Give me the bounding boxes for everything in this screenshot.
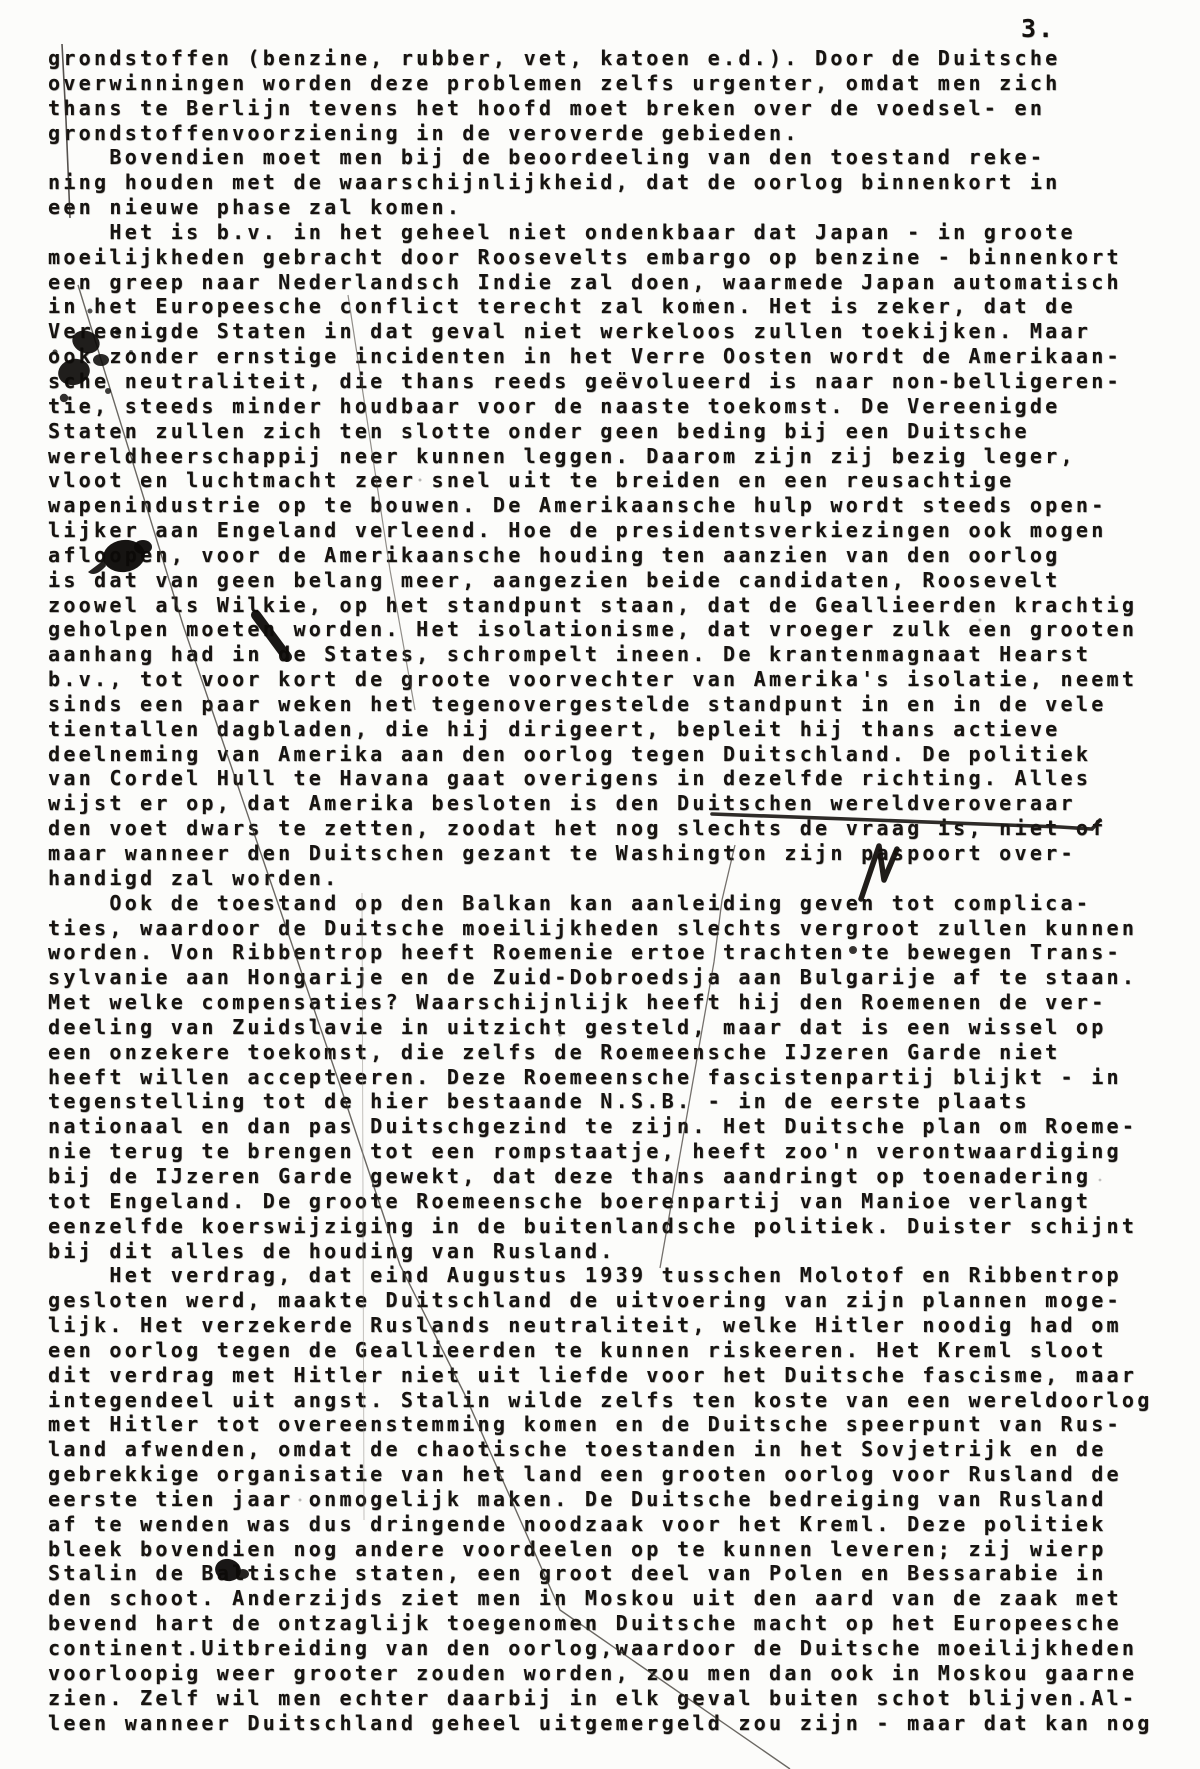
text-line: grondstoffenvoorziening in de veroverde …: [48, 121, 1178, 146]
text-line: Staten zullen zich ten slotte onder geen…: [48, 419, 1178, 444]
text-line: sche neutraliteit, die thans reeds geëvo…: [48, 369, 1178, 394]
text-line: Het verdrag, dat eind Augustus 1939 tuss…: [48, 1263, 1178, 1288]
text-line: deeling van Zuidslavie in uitzicht geste…: [48, 1015, 1178, 1040]
text-line: ties, waardoor de Duitsche moeilijkheden…: [48, 916, 1178, 941]
text-line: wapenindustrie op te bouwen. De Amerikaa…: [48, 493, 1178, 518]
text-line: dit verdrag met Hitler niet uit liefde v…: [48, 1363, 1178, 1388]
text-line: Stalin de Baltische staten, een groot de…: [48, 1561, 1178, 1586]
text-line: thans te Berlijn tevens het hoofd moet b…: [48, 96, 1178, 121]
text-line: van Cordel Hull te Havana gaat overigens…: [48, 766, 1178, 791]
text-line: handigd zal worden.: [48, 866, 1178, 891]
text-line: leen wanneer Duitschland geheel uitgemer…: [48, 1711, 1178, 1736]
text-line: af te wenden was dus dringende noodzaak …: [48, 1512, 1178, 1537]
text-line: vloot en luchtmacht zeer snel uit te bre…: [48, 468, 1178, 493]
text-line: Het is b.v. in het geheel niet ondenkbaa…: [48, 220, 1178, 245]
text-line: sylvanie aan Hongarije en de Zuid-Dobroe…: [48, 965, 1178, 990]
text-line: Vereenigde Staten in dat geval niet werk…: [48, 319, 1178, 344]
text-line: voorloopig weer grooter zouden worden, z…: [48, 1661, 1178, 1686]
text-line: land afwenden, omdat de chaotische toest…: [48, 1437, 1178, 1462]
text-line: aanhang had in de States, schrompelt ine…: [48, 642, 1178, 667]
page-number: 3.: [1021, 14, 1055, 43]
text-line: zoowel als Wilkie, op het standpunt staa…: [48, 593, 1178, 618]
text-line: zien. Zelf wil men echter daarbij in elk…: [48, 1686, 1178, 1711]
text-line: met Hitler tot overeenstemming komen en …: [48, 1412, 1178, 1437]
text-line: tegenstelling tot de hier bestaande N.S.…: [48, 1089, 1178, 1114]
text-line: ning houden met de waarschijnlijkheid, d…: [48, 170, 1178, 195]
text-line: deelneming van Amerika aan den oorlog te…: [48, 742, 1178, 767]
text-line: een oorlog tegen de Geallieerden te kunn…: [48, 1338, 1178, 1363]
text-line: Met welke compensaties? Waarschijnlijk h…: [48, 990, 1178, 1015]
text-line: bij de IJzeren Garde gewekt, dat deze th…: [48, 1164, 1178, 1189]
text-line: tientallen dagbladen, die hij dirigeert,…: [48, 717, 1178, 742]
text-line: geholpen moeten worden. Het isolationism…: [48, 617, 1178, 642]
text-line: worden. Von Ribbentrop heeft Roemenie er…: [48, 940, 1178, 965]
text-line: nationaal en dan pas Duitschgezind te zi…: [48, 1114, 1178, 1139]
text-line: bevend hart de ontzaglijk toegenomen Dui…: [48, 1611, 1178, 1636]
text-line: gesloten werd, maakte Duitschland de uit…: [48, 1288, 1178, 1313]
text-line: gebrekkige organisatie van het land een …: [48, 1462, 1178, 1487]
text-line: den voet dwars te zetten, zoodat het nog…: [48, 816, 1178, 841]
text-line: eerste tien jaar onmogelijk maken. De Du…: [48, 1487, 1178, 1512]
text-line: b.v., tot voor kort de groote voorvechte…: [48, 667, 1178, 692]
text-line: integendeel uit angst. Stalin wilde zelf…: [48, 1388, 1178, 1413]
text-line: lijker aan Engeland verleend. Hoe de pre…: [48, 518, 1178, 543]
text-line: in het Europeesche conflict terecht zal …: [48, 294, 1178, 319]
text-line: een greep naar Nederlandsch Indie zal do…: [48, 270, 1178, 295]
text-line: Ook de toestand op den Balkan kan aanlei…: [48, 891, 1178, 916]
text-line: den schoot. Anderzijds ziet men in Mosko…: [48, 1586, 1178, 1611]
text-line: bij dit alles de houding van Rusland.: [48, 1239, 1178, 1264]
text-line: continent.Uitbreiding van den oorlog,waa…: [48, 1636, 1178, 1661]
text-line: ook zonder ernstige incidenten in het Ve…: [48, 344, 1178, 369]
text-line: heeft willen accepteeren. Deze Roemeensc…: [48, 1065, 1178, 1090]
text-line: tot Engeland. De groote Roemeensche boer…: [48, 1189, 1178, 1214]
text-line: moeilijkheden gebracht door Roosevelts e…: [48, 245, 1178, 270]
text-line: lijk. Het verzekerde Ruslands neutralite…: [48, 1313, 1178, 1338]
text-line: een onzekere toekomst, die zelfs de Roem…: [48, 1040, 1178, 1065]
text-line: tie, steeds minder houdbaar voor de naas…: [48, 394, 1178, 419]
scanned-document-page: 3. grondstoffen (benzine, rubber, vet, k…: [0, 0, 1200, 1769]
text-line: is dat van geen belang meer, aangezien b…: [48, 568, 1178, 593]
text-line: bleek bovendien nog andere voordeelen op…: [48, 1537, 1178, 1562]
text-line: sinds een paar weken het tegenovergestel…: [48, 692, 1178, 717]
text-line: nie terug te brengen tot een rompstaatje…: [48, 1139, 1178, 1164]
text-line: maar wanneer den Duitschen gezant te Was…: [48, 841, 1178, 866]
text-line: wereldheerschappij neer kunnen leggen. D…: [48, 444, 1178, 469]
text-line: eenzelfde koerswijziging in de buitenlan…: [48, 1214, 1178, 1239]
text-line: grondstoffen (benzine, rubber, vet, kato…: [48, 46, 1178, 71]
text-line: overwinningen worden deze problemen zelf…: [48, 71, 1178, 96]
text-line: afloopen, voor de Amerikaansche houding …: [48, 543, 1178, 568]
text-line: Bovendien moet men bij de beoordeeling v…: [48, 145, 1178, 170]
text-line: een nieuwe phase zal komen.: [48, 195, 1178, 220]
text-line: wijst er op, dat Amerika besloten is den…: [48, 791, 1178, 816]
document-text: grondstoffen (benzine, rubber, vet, kato…: [48, 46, 1178, 1735]
